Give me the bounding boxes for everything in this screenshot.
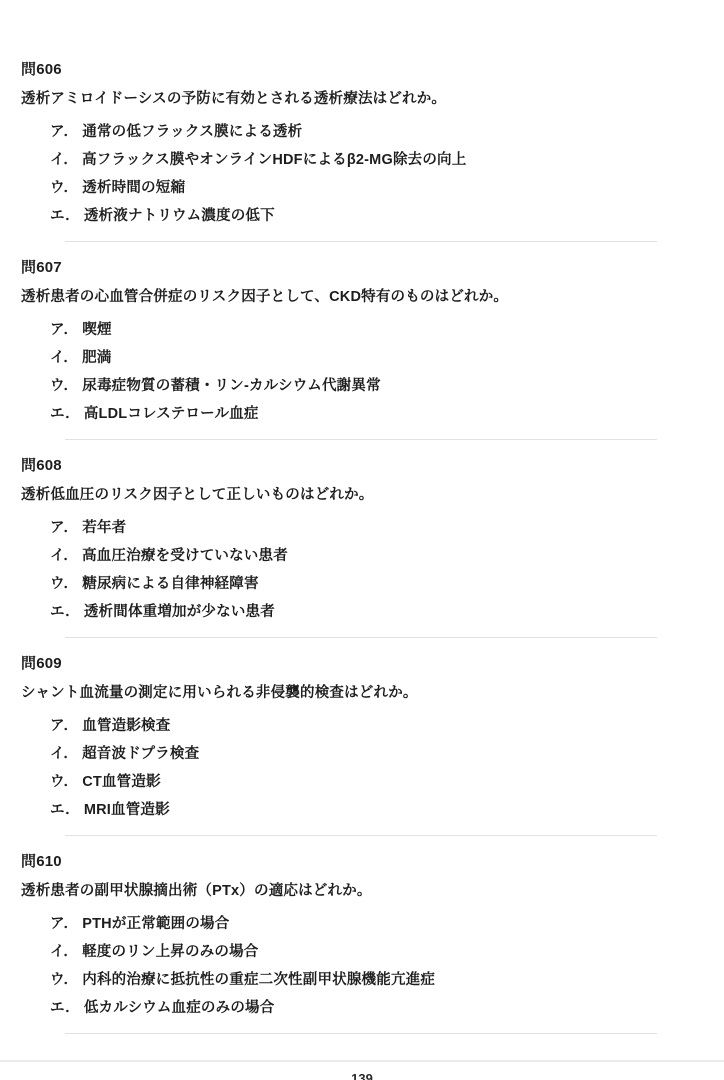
option-e: エ．MRI血管造影 bbox=[50, 800, 700, 821]
option-i: イ．超音波ドプラ検査 bbox=[50, 744, 700, 765]
option-text: 肥満 bbox=[82, 348, 111, 369]
question-block-610: 問610 透析患者の副甲状腺摘出術（PTx）の適応はどれか。 ア．PTHが正常範… bbox=[21, 852, 700, 1019]
option-i: イ．高血圧治療を受けていない患者 bbox=[50, 546, 700, 567]
option-text: PTHが正常範囲の場合 bbox=[82, 914, 229, 935]
option-marker: ア． bbox=[50, 518, 78, 539]
option-u: ウ．内科的治療に抵抗性の重症二次性副甲状腺機能亢進症 bbox=[50, 970, 700, 991]
option-marker: ア． bbox=[50, 122, 78, 143]
question-number: 問608 bbox=[21, 456, 700, 476]
option-marker: イ． bbox=[50, 744, 78, 765]
section-divider bbox=[65, 637, 657, 638]
option-text: 高フラックス膜やオンラインHDFによるβ2-MG除去の向上 bbox=[82, 150, 466, 171]
option-e: エ．高LDLコレステロール血症 bbox=[50, 404, 700, 425]
question-text: 透析患者の副甲状腺摘出術（PTx）の適応はどれか。 bbox=[21, 881, 700, 901]
options-list: ア．PTHが正常範囲の場合 イ．軽度のリン上昇のみの場合 ウ．内科的治療に抵抗性… bbox=[21, 914, 700, 1019]
option-marker: ウ． bbox=[50, 178, 78, 199]
option-a: ア．血管造影検査 bbox=[50, 716, 700, 737]
section-divider bbox=[65, 241, 657, 242]
option-text: 若年者 bbox=[82, 518, 126, 539]
option-text: 超音波ドプラ検査 bbox=[82, 744, 199, 765]
option-e: エ．低カルシウム血症のみの場合 bbox=[50, 998, 700, 1019]
question-block-606: 問606 透析アミロイドーシスの予防に有効とされる透析療法はどれか。 ア．通常の… bbox=[21, 60, 700, 227]
option-text: 軽度のリン上昇のみの場合 bbox=[82, 942, 258, 963]
option-a: ア．喫煙 bbox=[50, 320, 700, 341]
option-text: MRI血管造影 bbox=[84, 800, 170, 821]
option-marker: イ． bbox=[50, 150, 78, 171]
section-divider bbox=[65, 1033, 657, 1034]
option-text: CT血管造影 bbox=[82, 772, 161, 793]
option-i: イ．高フラックス膜やオンラインHDFによるβ2-MG除去の向上 bbox=[50, 150, 700, 171]
question-number: 問607 bbox=[21, 258, 700, 278]
option-a: ア．若年者 bbox=[50, 518, 700, 539]
page-bottom-edge bbox=[0, 1060, 724, 1062]
option-text: 喫煙 bbox=[82, 320, 111, 341]
document-page: 問606 透析アミロイドーシスの予防に有効とされる透析療法はどれか。 ア．通常の… bbox=[0, 0, 724, 1080]
options-list: ア．血管造影検査 イ．超音波ドプラ検査 ウ．CT血管造影 エ．MRI血管造影 bbox=[21, 716, 700, 821]
page-number: 139 bbox=[0, 1071, 724, 1080]
option-marker: ウ． bbox=[50, 970, 78, 991]
option-i: イ．軽度のリン上昇のみの場合 bbox=[50, 942, 700, 963]
option-marker: ア． bbox=[50, 716, 78, 737]
option-marker: ウ． bbox=[50, 772, 78, 793]
options-list: ア．若年者 イ．高血圧治療を受けていない患者 ウ．糖尿病による自律神経障害 エ．… bbox=[21, 518, 700, 623]
option-u: ウ．CT血管造影 bbox=[50, 772, 700, 793]
question-block-607: 問607 透析患者の心血管合併症のリスク因子として、CKD特有のものはどれか。 … bbox=[21, 258, 700, 425]
option-marker: エ． bbox=[50, 206, 80, 227]
options-list: ア．通常の低フラックス膜による透析 イ．高フラックス膜やオンラインHDFによるβ… bbox=[21, 122, 700, 227]
option-marker: ウ． bbox=[50, 574, 78, 595]
question-number: 問610 bbox=[21, 852, 700, 872]
question-text: シャント血流量の測定に用いられる非侵襲的検査はどれか。 bbox=[21, 683, 700, 703]
option-text: 高血圧治療を受けていない患者 bbox=[82, 546, 288, 567]
option-marker: エ． bbox=[50, 602, 80, 623]
option-u: ウ．糖尿病による自律神経障害 bbox=[50, 574, 700, 595]
option-i: イ．肥満 bbox=[50, 348, 700, 369]
questions-list: 問606 透析アミロイドーシスの予防に有効とされる透析療法はどれか。 ア．通常の… bbox=[0, 0, 724, 1034]
option-text: 低カルシウム血症のみの場合 bbox=[84, 998, 275, 1019]
question-number: 問606 bbox=[21, 60, 700, 80]
option-marker: エ． bbox=[50, 404, 80, 425]
option-text: 内科的治療に抵抗性の重症二次性副甲状腺機能亢進症 bbox=[82, 970, 435, 991]
option-text: 糖尿病による自律神経障害 bbox=[82, 574, 258, 595]
options-list: ア．喫煙 イ．肥満 ウ．尿毒症物質の蓄積・リン-カルシウム代謝異常 エ．高LDL… bbox=[21, 320, 700, 425]
question-text: 透析低血圧のリスク因子として正しいものはどれか。 bbox=[21, 485, 700, 505]
option-a: ア．通常の低フラックス膜による透析 bbox=[50, 122, 700, 143]
option-marker: エ． bbox=[50, 800, 80, 821]
option-e: エ．透析間体重増加が少ない患者 bbox=[50, 602, 700, 623]
section-divider bbox=[65, 835, 657, 836]
option-marker: ウ． bbox=[50, 376, 78, 397]
question-text: 透析患者の心血管合併症のリスク因子として、CKD特有のものはどれか。 bbox=[21, 287, 700, 307]
option-text: 高LDLコレステロール血症 bbox=[84, 404, 259, 425]
option-u: ウ．透析時間の短縮 bbox=[50, 178, 700, 199]
option-text: 尿毒症物質の蓄積・リン-カルシウム代謝異常 bbox=[82, 376, 381, 397]
option-text: 透析時間の短縮 bbox=[82, 178, 185, 199]
section-divider bbox=[65, 439, 657, 440]
option-e: エ．透析液ナトリウム濃度の低下 bbox=[50, 206, 700, 227]
option-text: 透析間体重増加が少ない患者 bbox=[84, 602, 275, 623]
option-marker: イ． bbox=[50, 348, 78, 369]
option-marker: イ． bbox=[50, 546, 78, 567]
option-text: 透析液ナトリウム濃度の低下 bbox=[84, 206, 275, 227]
option-marker: ア． bbox=[50, 914, 78, 935]
option-text: 血管造影検査 bbox=[82, 716, 170, 737]
option-marker: イ． bbox=[50, 942, 78, 963]
question-block-608: 問608 透析低血圧のリスク因子として正しいものはどれか。 ア．若年者 イ．高血… bbox=[21, 456, 700, 623]
question-block-609: 問609 シャント血流量の測定に用いられる非侵襲的検査はどれか。 ア．血管造影検… bbox=[21, 654, 700, 821]
option-u: ウ．尿毒症物質の蓄積・リン-カルシウム代謝異常 bbox=[50, 376, 700, 397]
option-marker: エ． bbox=[50, 998, 80, 1019]
option-marker: ア． bbox=[50, 320, 78, 341]
question-text: 透析アミロイドーシスの予防に有効とされる透析療法はどれか。 bbox=[21, 89, 700, 109]
option-a: ア．PTHが正常範囲の場合 bbox=[50, 914, 700, 935]
option-text: 通常の低フラックス膜による透析 bbox=[82, 122, 302, 143]
question-number: 問609 bbox=[21, 654, 700, 674]
